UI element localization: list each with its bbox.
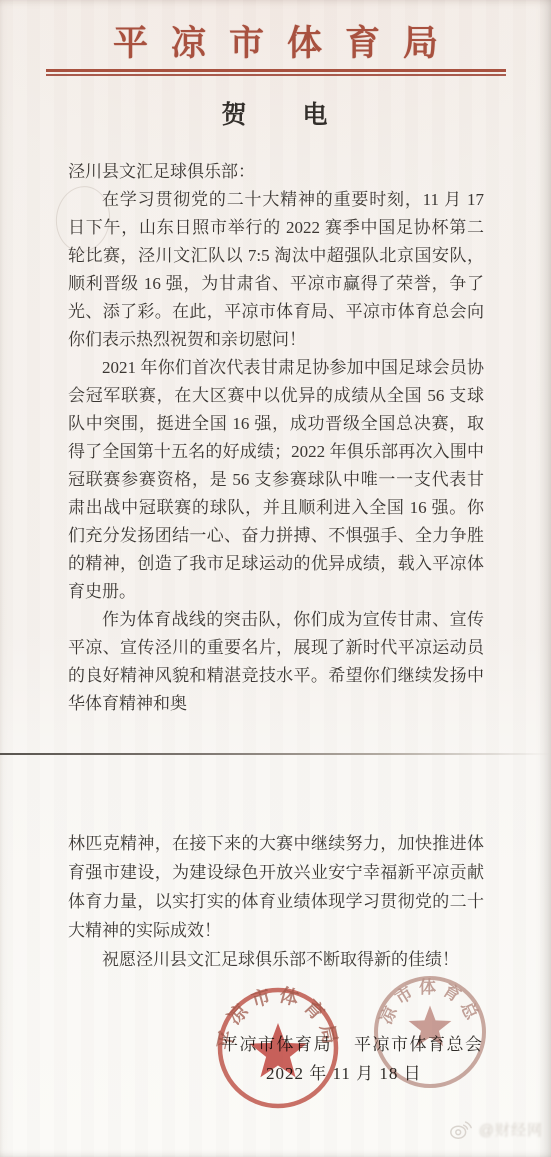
star-icon <box>409 1006 452 1047</box>
svg-text:平凉市体育总会: 平凉市体育总会 <box>360 962 484 1027</box>
paragraph-3: 作为体育战线的突击队，你们成为宣传甘肃、宣传平凉、宣传泾川的重要名片，展现了新时… <box>68 606 484 718</box>
paragraph-2: 2021 年你们首次代表甘肃足协参加中国足球会员协会冠军联赛，在大区赛中以优异的… <box>68 354 484 606</box>
official-seal-left: 平凉市体育局 <box>203 973 353 1123</box>
weibo-watermark: @财经网 <box>448 1117 543 1141</box>
doc-title: 贺 电 <box>0 95 551 131</box>
watermark-handle: @财经网 <box>479 1119 543 1140</box>
scanned-congratulatory-letter: 平凉市体育局 贺 电 泾川县文汇足球俱乐部： 在学习贯彻党的二十大精神的重要时刻… <box>0 0 551 1157</box>
letter-body-page1: 泾川县文汇足球俱乐部： 在学习贯彻党的二十大精神的重要时刻，11 月 17 日下… <box>68 158 484 718</box>
salutation: 泾川县文汇足球俱乐部： <box>68 158 484 186</box>
page-break-line <box>0 753 551 755</box>
letterhead-divider <box>46 69 506 76</box>
paragraph-1: 在学习贯彻党的二十大精神的重要时刻，11 月 17 日下午，山东日照市举行的 2… <box>68 186 484 354</box>
letterhead-org-name: 平凉市体育局 <box>0 16 551 66</box>
letter-body-page2: 林匹克精神，在接下来的大赛中继续努力，加快推进体育强市建设，为建设绿色开放兴业安… <box>68 829 484 974</box>
paragraph-4: 林匹克精神，在接下来的大赛中继续努力，加快推进体育强市建设，为建设绿色开放兴业安… <box>68 829 484 945</box>
star-icon <box>250 1023 307 1077</box>
official-seal-right: 平凉市体育总会 <box>360 962 500 1102</box>
weibo-logo-icon <box>448 1117 474 1141</box>
seal-right-arc-text: 平凉市体育总会 <box>360 962 484 1027</box>
